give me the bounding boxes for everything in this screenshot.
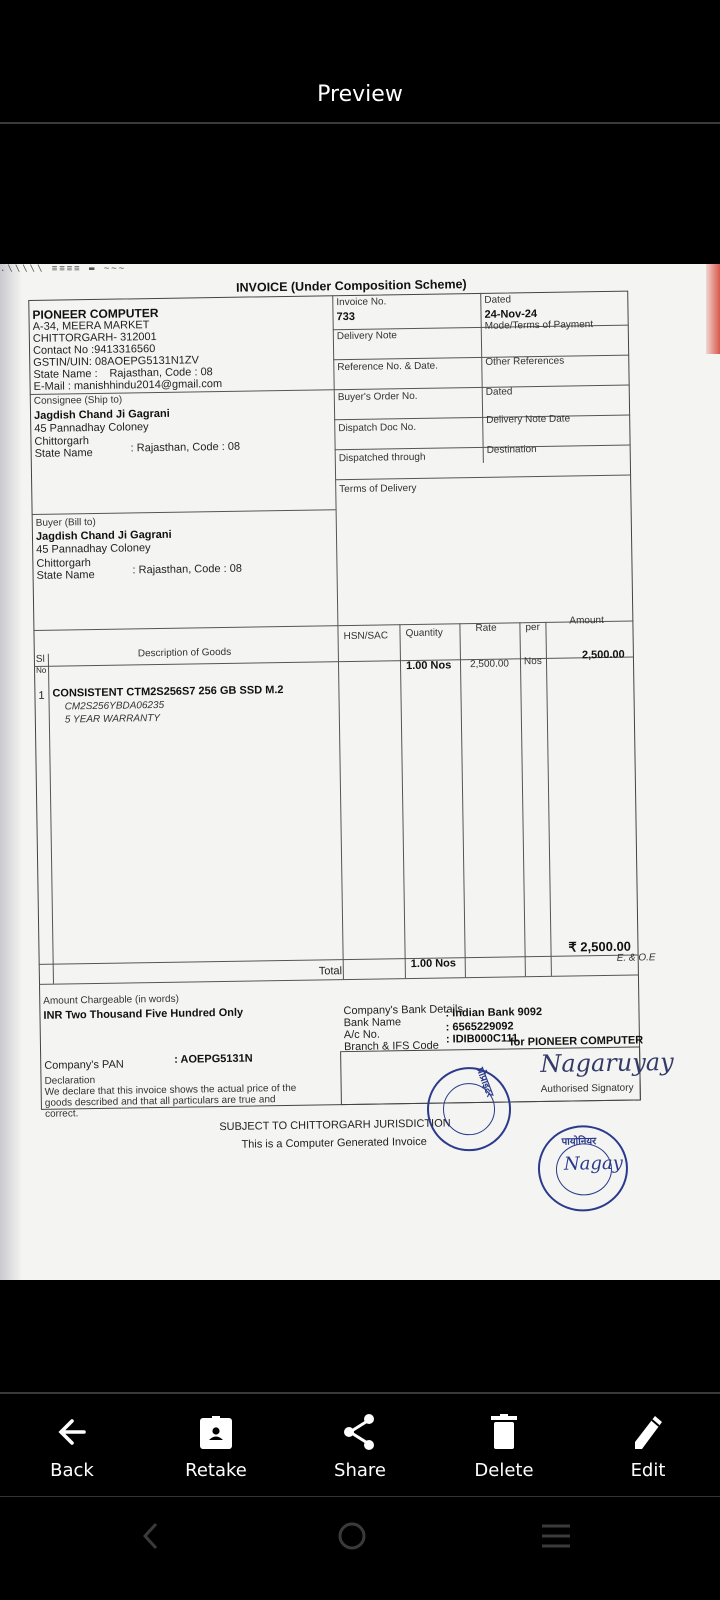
- acno-label: A/c No.: [344, 1029, 380, 1042]
- delivery-note-date-label: Delivery Note Date: [486, 414, 570, 426]
- invoice-title: INVOICE (Under Composition Scheme): [236, 277, 467, 295]
- consignee-city: Chittorgarh: [34, 435, 89, 448]
- col-per: per: [525, 622, 540, 633]
- consignee-name: Jagdish Chand Ji Gagrani: [34, 408, 170, 422]
- paper-shadow: [0, 264, 22, 1280]
- consignee-address: 45 Pannadhay Coloney: [34, 421, 149, 435]
- amount-words-label: Amount Chargeable (in words): [43, 994, 179, 1007]
- top-app-bar: Preview: [0, 0, 720, 124]
- computer-generated-note: This is a Computer Generated Invoice: [241, 1136, 426, 1151]
- seller-state-label: State Name :: [33, 368, 97, 381]
- invoice-no: 733: [336, 311, 355, 323]
- buyer-address: 45 Pannadhay Coloney: [36, 542, 151, 556]
- eoe: E. & O.E: [617, 952, 656, 964]
- consignee-state-value: : Rajasthan, Code : 08: [131, 441, 241, 455]
- invoice-date: 24-Nov-24: [484, 308, 537, 321]
- retake-button[interactable]: Retake: [144, 1406, 288, 1494]
- delivery-note-label: Delivery Note: [337, 330, 397, 342]
- nav-back-icon: [120, 1516, 180, 1556]
- authorised-signatory: Authorised Signatory: [541, 1083, 634, 1095]
- trash-icon: [484, 1412, 524, 1452]
- col-quantity: Quantity: [405, 628, 442, 640]
- col-description: Description of Goods: [138, 647, 232, 659]
- camera-badge-icon: [196, 1412, 236, 1452]
- terms-of-delivery-label: Terms of Delivery: [339, 483, 416, 495]
- buyer-name: Jagdish Chand Ji Gagrani: [36, 529, 172, 543]
- nav-back-button[interactable]: [120, 1516, 180, 1556]
- row-rate: 2,500.00: [470, 658, 509, 670]
- action-row: Back Retake Share: [0, 1406, 720, 1494]
- dated-label: Dated: [484, 294, 511, 305]
- buyer-heading: Buyer (Bill to): [36, 517, 96, 529]
- destination-label: Destination: [487, 444, 537, 456]
- buyer-city: Chittorgarh: [36, 557, 91, 570]
- row-per: Nos: [524, 656, 542, 667]
- buyer-state-label: State Name: [36, 569, 94, 582]
- col-amount: Amount: [569, 615, 604, 627]
- row-serial: CM2S256YBDA06235: [65, 700, 165, 713]
- other-references-label: Other References: [485, 356, 564, 368]
- bottom-action-bar: Back Retake Share: [0, 1392, 720, 1600]
- col-rate: Rate: [475, 623, 496, 634]
- company-stamp-1: प्रोप्राइटर: [426, 1067, 511, 1152]
- col-hsn: HSN/SAC: [343, 630, 388, 642]
- system-navigation-bar: [0, 1498, 720, 1600]
- delete-button[interactable]: Delete: [432, 1406, 576, 1494]
- row-quantity: 1.00 Nos: [406, 659, 451, 672]
- declaration-line3: correct.: [45, 1108, 79, 1120]
- pan-value: : AOEPG5131N: [174, 1053, 253, 1066]
- buyers-order-label: Buyer's Order No.: [338, 391, 418, 403]
- dated2-label: Dated: [486, 386, 513, 397]
- background-red-edge: [706, 264, 720, 354]
- top-divider: [0, 122, 720, 124]
- edit-button[interactable]: Edit: [576, 1406, 720, 1494]
- ifsc: : IDIB000C111: [446, 1032, 518, 1045]
- bank-name: : Indian Bank 9092: [445, 1006, 542, 1020]
- jurisdiction: SUBJECT TO CHITTORGARH JURISDICTION: [219, 1117, 451, 1133]
- row-amount: 2,500.00: [582, 649, 625, 662]
- total-quantity: 1.00 Nos: [411, 957, 456, 970]
- share-button[interactable]: Share: [288, 1406, 432, 1494]
- for-company: for PIONEER COMPUTER: [510, 1034, 643, 1048]
- nav-home-icon: [330, 1516, 390, 1556]
- total-label: Total: [319, 965, 342, 977]
- back-button[interactable]: Back: [0, 1406, 144, 1494]
- reference-label: Reference No. & Date.: [337, 361, 438, 374]
- signature: Nagaruyay: [540, 1048, 674, 1078]
- consignee-state-label: State Name: [35, 447, 93, 460]
- declaration-heading: Declaration: [44, 1075, 95, 1087]
- row-warranty: 5 YEAR WARRANTY: [65, 713, 160, 725]
- col-sl: Sl: [36, 654, 45, 665]
- nav-home-button[interactable]: [330, 1516, 390, 1556]
- dispatched-through-label: Dispatched through: [339, 452, 426, 464]
- col-no: No: [36, 666, 46, 675]
- screen-title: Preview: [0, 82, 720, 107]
- pan-label: Company's PAN: [44, 1059, 124, 1072]
- buyer-state-value: : Rajasthan, Code : 08: [132, 563, 242, 577]
- nav-recents-icon: [530, 1516, 590, 1556]
- nav-recents-button[interactable]: [530, 1516, 590, 1556]
- row-sl: 1: [38, 690, 44, 702]
- share-icon: [340, 1412, 380, 1452]
- pencil-icon: [628, 1412, 668, 1452]
- invoice-no-label: Invoice No.: [336, 296, 386, 308]
- document-preview-image[interactable]: .\\\\\ ≡≡≡≡ ▬ ~~~ INVOICE (Under Composi…: [0, 264, 720, 1280]
- arrow-left-icon: [52, 1412, 92, 1452]
- dispatch-doc-label: Dispatch Doc No.: [338, 422, 416, 434]
- acno: : 6565229092: [446, 1020, 514, 1033]
- consignee-heading: Consignee (Ship to): [34, 395, 123, 407]
- bank-name-label: Bank Name: [344, 1016, 402, 1029]
- torn-top-strip: .\\\\\ ≡≡≡≡ ▬ ~~~: [0, 264, 200, 276]
- mode-terms-label: Mode/Terms of Payment: [485, 319, 594, 332]
- company-stamp-2: पायोनियर Nagay: [537, 1125, 628, 1212]
